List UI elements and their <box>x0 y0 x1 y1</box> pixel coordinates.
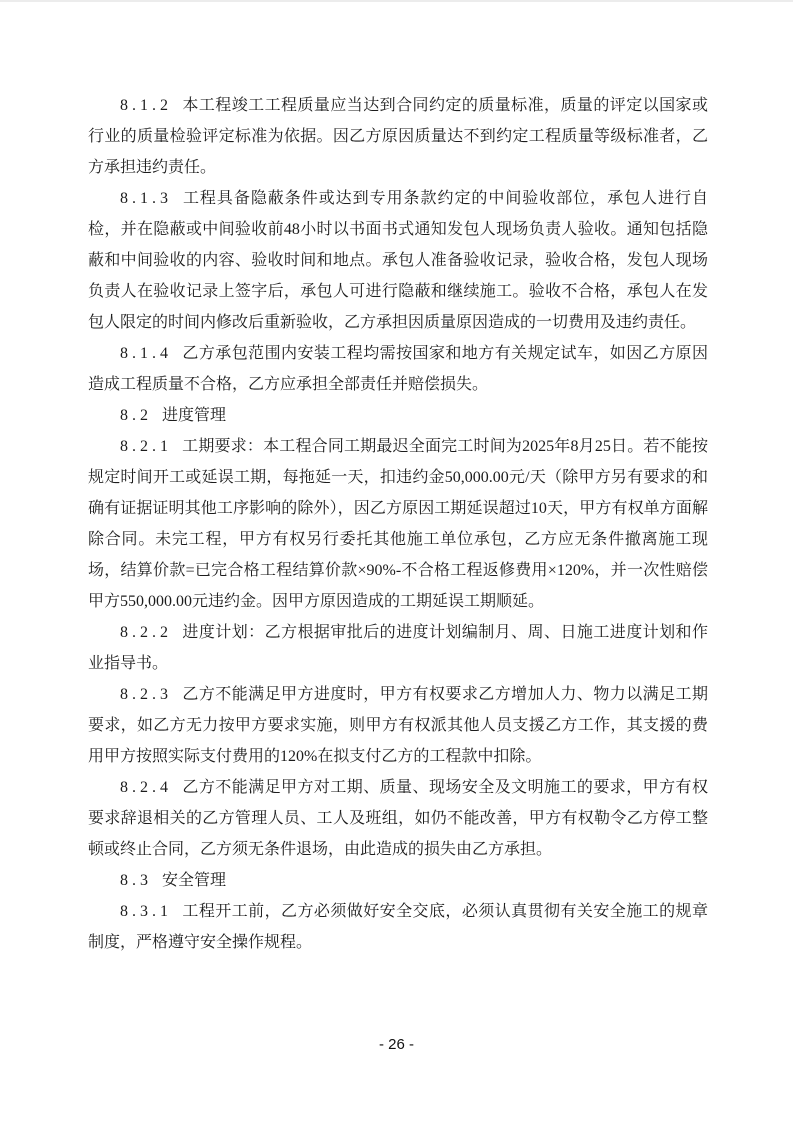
clause-number: 8.3.1 <box>120 903 182 920</box>
clause-paragraph-8-2-1: 8.2.1工期要求：本工程合同工期最迟全面完工时间为2025年8月25日。若不能… <box>88 431 708 617</box>
clause-number: 8.2.1 <box>120 438 182 455</box>
clause-paragraph-8-2-2: 8.2.2进度计划：乙方根据审批后的进度计划编制月、周、日施工进度计划和作业指导… <box>88 617 708 679</box>
scan-edge-artifact <box>0 0 793 2</box>
section-heading-8-3: 8.3安全管理 <box>88 865 708 896</box>
document-body: 8.1.2本工程竣工工程质量应当达到合同约定的质量标准，质量的评定以国家或行业的… <box>88 90 708 958</box>
clause-number: 8.1.2 <box>120 97 182 114</box>
clause-paragraph-8-2-3: 8.2.3乙方不能满足甲方进度时，甲方有权要求乙方增加人力、物力以满足工期要求，… <box>88 679 708 772</box>
clause-text: 安全管理 <box>162 872 226 889</box>
clause-text: 工期要求：本工程合同工期最迟全面完工时间为2025年8月25日。若不能按规定时间… <box>88 438 708 610</box>
page-footer: - 26 - <box>0 1036 793 1053</box>
clause-number: 8.1.3 <box>120 190 182 207</box>
page-number: - 26 - <box>379 1036 414 1053</box>
section-heading-8-2: 8.2进度管理 <box>88 400 708 431</box>
clause-number: 8.2 <box>120 407 162 424</box>
clause-paragraph-8-1-2: 8.1.2本工程竣工工程质量应当达到合同约定的质量标准，质量的评定以国家或行业的… <box>88 90 708 183</box>
clause-number: 8.1.4 <box>120 345 182 362</box>
clause-paragraph-8-2-4: 8.2.4乙方不能满足甲方对工期、质量、现场安全及文明施工的要求，甲方有权要求辞… <box>88 772 708 865</box>
clause-paragraph-8-3-1: 8.3.1工程开工前，乙方必须做好安全交底，必须认真贯彻有关安全施工的规章制度，… <box>88 896 708 958</box>
clause-number: 8.2.3 <box>120 686 182 703</box>
document-page: 8.1.2本工程竣工工程质量应当达到合同约定的质量标准，质量的评定以国家或行业的… <box>0 0 793 1122</box>
clause-text: 工程具备隐蔽条件或达到专用条款约定的中间验收部位，承包人进行自检，并在隐蔽或中间… <box>88 190 708 331</box>
clause-paragraph-8-1-4: 8.1.4乙方承包范围内安装工程均需按国家和地方有关规定试车，如因乙方原因造成工… <box>88 338 708 400</box>
clause-paragraph-8-1-3: 8.1.3工程具备隐蔽条件或达到专用条款约定的中间验收部位，承包人进行自检，并在… <box>88 183 708 338</box>
clause-number: 8.2.2 <box>120 624 182 641</box>
clause-number: 8.3 <box>120 872 162 889</box>
clause-number: 8.2.4 <box>120 779 182 796</box>
clause-text: 进度管理 <box>162 407 226 424</box>
